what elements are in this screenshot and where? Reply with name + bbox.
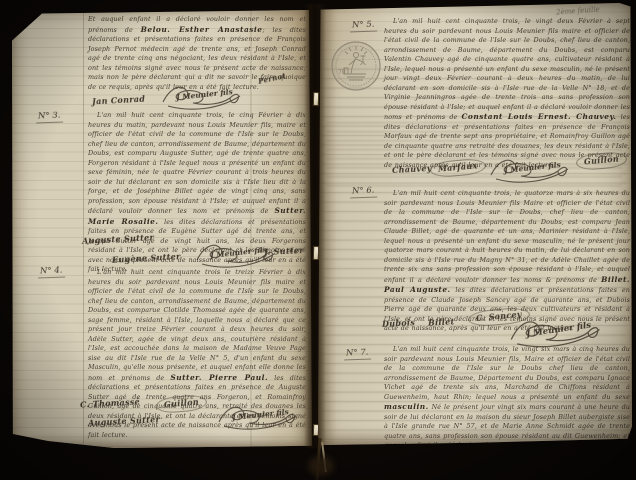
act-text-before: L'an mil huit cent cinquante trois, le v… [384,17,630,121]
birth-act-text: L'an mil huit cent cinquante trois, le v… [384,345,630,443]
revenue-stamp-icon: 70 [330,38,382,98]
signature: Chauvey [392,163,432,175]
birth-act-text: L'an mil huit cent cinquante trois, le q… [384,189,630,313]
binding-stitch [313,424,319,436]
birth-act-text: L'an mil huit cent cinquante trois, le v… [384,17,630,165]
act-number-label: N° 7. [344,348,371,361]
meunier-paraph-signature: J Meunier fils [160,82,246,110]
child-name: Constant Louis Ernest. Chauvey. [462,112,617,121]
act-number-label: N° 5. [350,20,377,33]
stamp-value: 70 [338,69,346,76]
register-right-page: 2ème feuille N° 5. 70 L'an mil huit cent… [318,3,632,445]
act-text-before: L'an mil huit cent cinquante trois le tr… [88,268,306,382]
act-text-before: L'an mil huit cent cinquante trois, le q… [384,189,630,284]
birth-act-text: L'an mil huit cent cinquante trois le tr… [88,268,306,396]
birth-act-text: L'an mil huit cent cinquante trois, le c… [88,111,306,235]
meunier-paraph-signature: J Meunier fils [507,313,607,349]
binding-thread-tassel [308,456,334,476]
act-number-label: N° 4. [38,266,65,279]
child-name: Sutter. Pierre Paul. [170,373,268,382]
book-spine-gutter [304,4,326,448]
signature: J. Sutter [264,245,304,257]
signature: Jan Conrad [92,94,146,107]
meunier-paraph-signature: J Meunier fils [488,155,574,183]
child-name: masculin. [384,402,429,411]
binding-stitch [313,246,319,260]
act-number-label: N° 6. [350,186,377,199]
signature: Billet [428,316,455,327]
child-name: Belou. Esther Anastasie [141,25,263,34]
act-number-label: N° 3. [36,111,63,124]
scanned-civil-register-spread: Et auquel enfant il a déclaré vouloir do… [0,0,636,480]
margin-rule-line [83,10,84,444]
pencil-folio-note: 2ème feuille [556,5,600,16]
signature: Dubois [382,317,416,329]
act-text-before: L'an mil huit cent cinquante trois, le v… [384,345,630,401]
act-text-before: L'an mil huit cent cinquante trois, le c… [88,111,306,215]
binding-stitch [313,92,319,106]
register-left-page: Et auquel enfant il a déclaré vouloir do… [12,10,312,448]
meunier-paraph-signature: J Meunier fils [216,402,302,430]
